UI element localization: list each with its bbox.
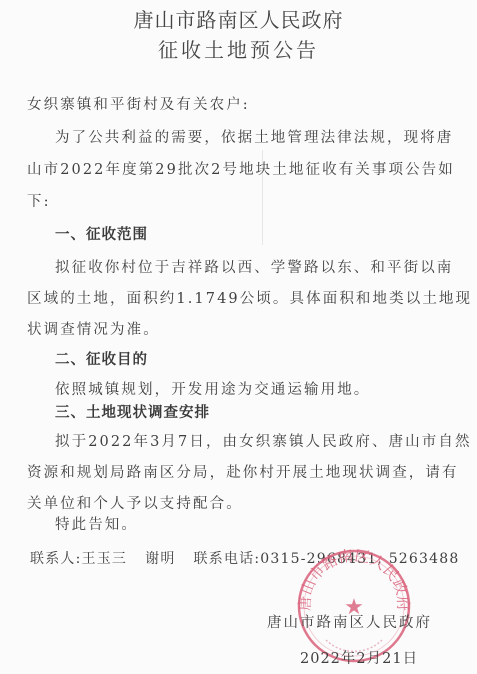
section-3-heading: 三、土地现状调查安排 — [55, 401, 210, 422]
section-2-heading: 二、征收目的 — [55, 348, 148, 369]
section-1-heading: 一、征收范围 — [55, 223, 148, 244]
signature-date: 2022年2月21日 — [300, 647, 418, 668]
intro-line-1: 为了公共利益的需要，依据土地管理法律法规，现将唐 — [55, 126, 453, 147]
contact-phone-label: 联系电话: — [194, 551, 261, 567]
section-3-line-1: 拟于2022年3月7日，由女织寨镇人民政府、唐山市自然 — [55, 430, 472, 451]
notice-page: 唐山市路南区人民政府 征收土地预公告 女织寨镇和平街村及有关农户: 为了公共利益… — [0, 0, 477, 674]
contact-person-2: 谢明 — [145, 551, 175, 567]
section-1-line-2: 区域的土地，面积约1.1749公顷。具体面积和地类以土地现 — [27, 287, 472, 308]
section-3-line-2: 资源和规划局路南区分局，赴你村开展土地现状调查，请有 — [27, 461, 459, 482]
contact-person-label: 联系人: — [30, 551, 82, 567]
section-3-line-3: 关单位和个人予以支持配合。 — [27, 492, 243, 513]
section-2-line-1: 依照城镇规划，开发用途为交通运输用地。 — [55, 378, 370, 399]
title-issuer: 唐山市路南区人民政府 — [0, 4, 477, 33]
title-notice: 征收土地预公告 — [0, 34, 477, 63]
section-1-line-1: 拟征收你村位于吉祥路以西、学警路以东、和平街以南 — [55, 256, 453, 277]
salutation: 女织寨镇和平街村及有关农户: — [27, 93, 250, 114]
section-1-line-3: 状调查情况为准。 — [27, 318, 160, 339]
contact-line: 联系人:王玉三谢明联系电话:0315-2968431, 5263488 — [30, 548, 459, 568]
contact-phone-2: 5263488 — [389, 551, 460, 567]
intro-line-2: 山市2022年度第29批次2号地块土地征收有关事项公告如 — [27, 158, 455, 179]
intro-line-3: 下: — [27, 190, 51, 211]
contact-phone-1: 0315-2968431 — [260, 551, 377, 567]
closing-text: 特此告知。 — [55, 513, 138, 534]
signature-organization: 唐山市路南区人民政府 — [267, 611, 432, 632]
contact-person-1: 王玉三 — [82, 551, 128, 567]
